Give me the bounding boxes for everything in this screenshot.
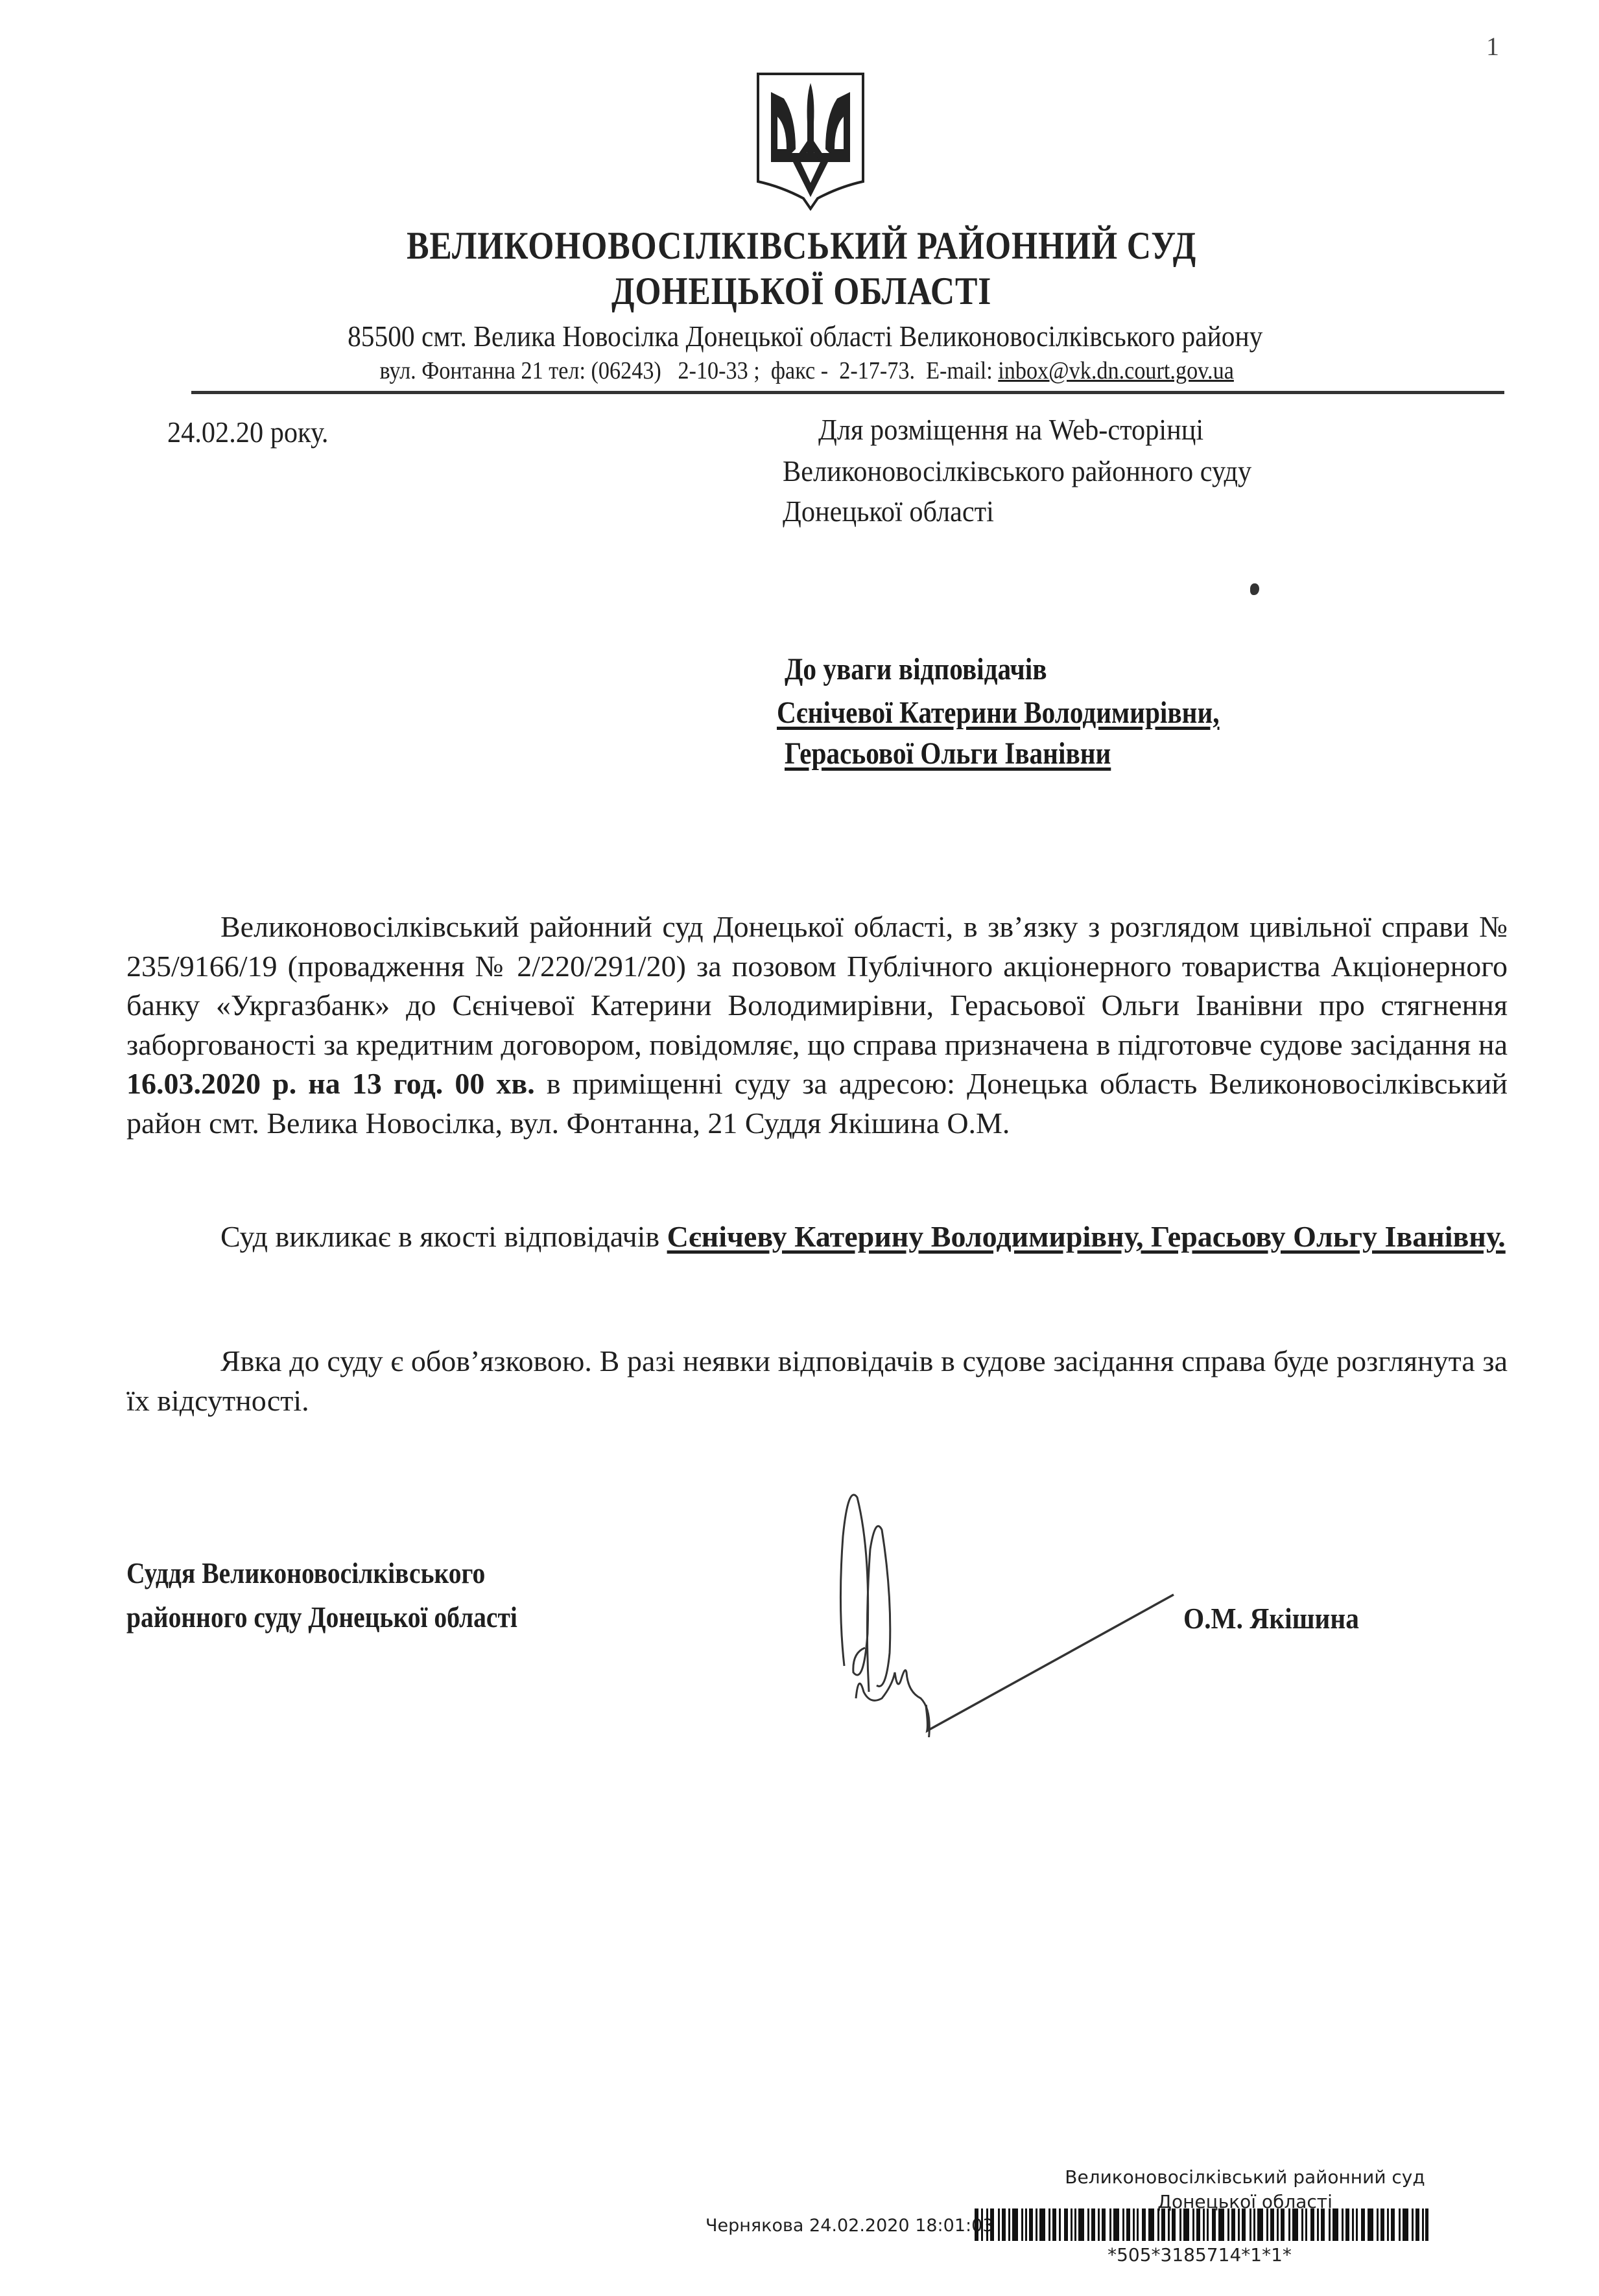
attention-heading: До уваги відповідачів	[785, 651, 1047, 687]
court-title-line-2: ДОНЕЦЬКОЇ ОБЛАСТІ	[114, 269, 1489, 314]
defendant-name-2: Герасьової Ольги Іванівни	[785, 736, 1111, 771]
summoned-defendants: Сєнічеву Катерину Володимирівну, Герасьо…	[667, 1220, 1506, 1253]
contact-details: вул. Фонтанна 21 тел: (06243) 2-10-33 ; …	[379, 357, 998, 384]
attendance-text: Явка до суду є обов’язковою. В разі неяв…	[126, 1344, 1508, 1417]
document-date: 24.02.20 року.	[167, 415, 328, 449]
page-number: 1	[1486, 31, 1499, 62]
stamp-operator-timestamp: Чернякова 24.02.2020 18:01:03	[705, 2216, 993, 2236]
notice-text-start: Великоновосілківський районний суд Донец…	[126, 910, 1508, 1061]
scan-speck	[1250, 583, 1259, 595]
court-contacts: вул. Фонтанна 21 тел: (06243) 2-10-33 ; …	[88, 357, 1526, 385]
recipient-line-3: Донецької області	[783, 494, 994, 528]
defendant-name-1: Сєнічевої Катерини Володимирівни,	[777, 695, 1220, 731]
email-link[interactable]: inbox@vk.dn.court.gov.ua	[998, 357, 1234, 384]
stamp-court-line-1: Великоновосілківський районний суд	[921, 2166, 1569, 2188]
header-divider	[191, 391, 1504, 394]
coat-of-arms-icon	[755, 71, 866, 211]
attendance-paragraph: Явка до суду є обов’язковою. В разі неяв…	[126, 1342, 1508, 1420]
barcode-number: *505*3185714*1*1*	[973, 2244, 1427, 2266]
recipient-line-2: Великоновосілківського районного суду	[783, 454, 1251, 488]
summons-text: Суд викликає в якості відповідачів	[220, 1220, 667, 1253]
court-title-line-1: ВЕЛИКОНОВОСІЛКІВСЬКИЙ РАЙОННИЙ СУД	[114, 224, 1489, 268]
hearing-datetime: 16.03.2020 р. на 13 год. 00 хв.	[126, 1067, 535, 1100]
signature-icon	[830, 1478, 1193, 1737]
notice-paragraph: Великоновосілківський районний суд Донец…	[126, 908, 1508, 1143]
judge-title-line-2: районного суду Донецької області	[126, 1600, 517, 1634]
judge-name: О.М. Якішина	[1183, 1601, 1359, 1635]
judge-title-line-1: Суддя Великоновосілківського	[126, 1556, 485, 1590]
barcode-icon	[975, 2208, 1428, 2241]
recipient-line-1: Для розміщення на Web-сторінці	[818, 412, 1203, 447]
court-address: 85500 смт. Велика Новосілка Донецької об…	[86, 319, 1524, 353]
summons-paragraph: Суд викликає в якості відповідачів Сєніч…	[126, 1217, 1508, 1257]
